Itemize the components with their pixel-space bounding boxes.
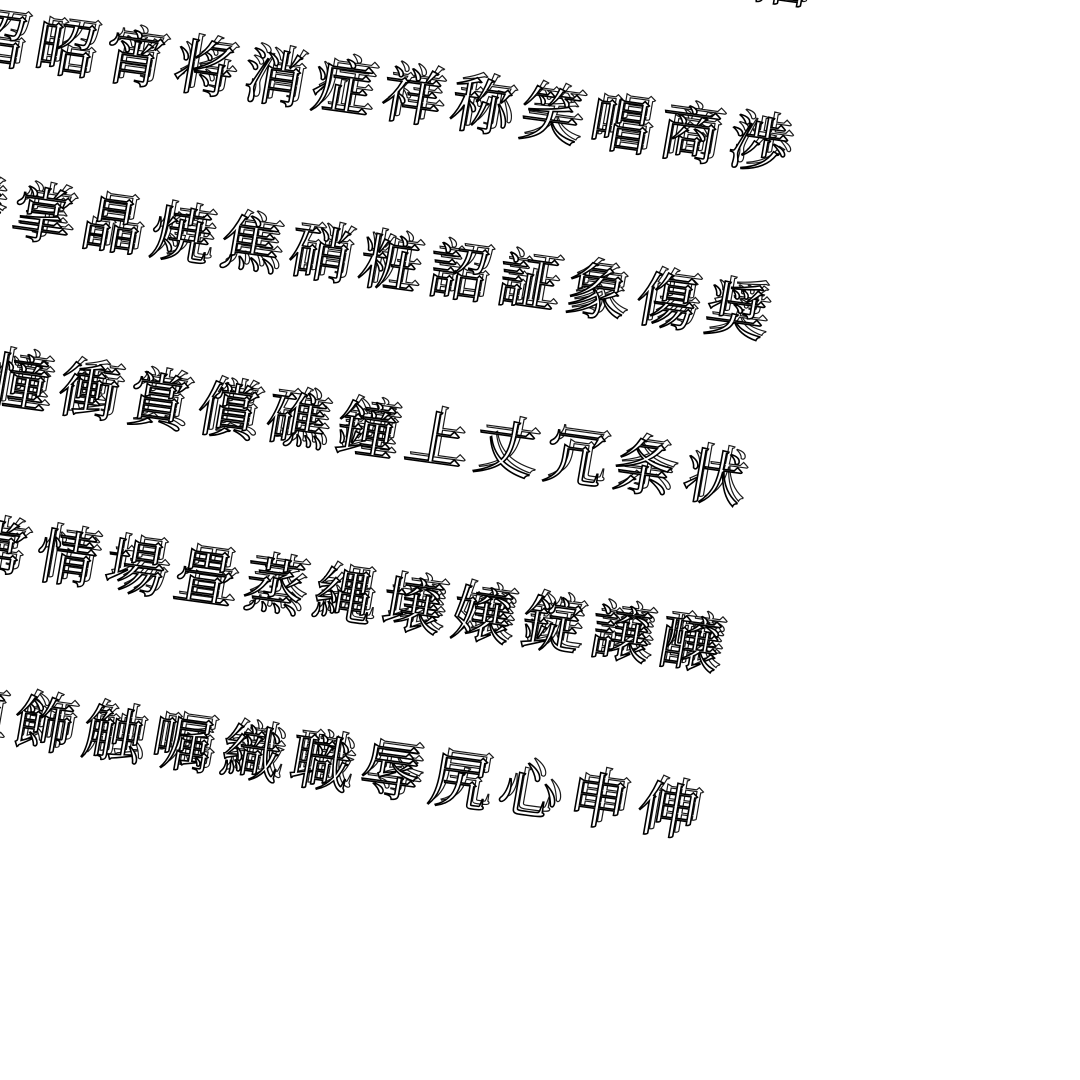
kanji-glyph: 錠 (510, 589, 591, 668)
kanji-glyph: 冗 (533, 423, 614, 502)
kanji-glyph: 心 (487, 756, 568, 835)
kanji-glyph: 唱 (579, 90, 660, 169)
kanji-glyph: 傷 (625, 266, 706, 345)
kanji-glyph: 晶 (70, 190, 151, 269)
kanji-glyph: 詔 (417, 238, 498, 317)
kanji-glyph: 賞 (117, 366, 198, 445)
kanji-glyph: 称 (440, 71, 521, 150)
kanji-glyph: 蒸 (233, 551, 314, 630)
kanji-glyph: 掌 (1, 181, 82, 260)
kanji-plane: 招沼昭宵将消症祥称笑唱商渉勝掌晶焼焦硝粧詔証象傷奨障憧衝賞償礁鐘上丈冗条状剰常情… (0, 0, 880, 959)
kanji-glyph: 祥 (371, 62, 452, 141)
kanji-glyph: 消 (232, 43, 313, 122)
kanji-glyph: 衝 (48, 357, 129, 436)
kanji-glyph: 条 (602, 433, 683, 512)
kanji-glyph: 情 (25, 523, 106, 602)
kanji-glyph: 症 (301, 52, 382, 131)
kanji-glyph: 笑 (509, 81, 590, 160)
kanji-glyph: 償 (186, 376, 267, 455)
kanji-glyph: 宵 (93, 24, 174, 103)
kanji-glyph: 硝 (278, 219, 359, 298)
kanji-glyph: 粧 (348, 228, 429, 307)
kanji-glyph: 渉 (717, 109, 798, 188)
kanji-glyph: 飾 (2, 689, 83, 768)
kanji-glyph: 申 (557, 765, 638, 844)
kanji-glyph: 触 (71, 699, 152, 778)
kanji-glyph: 将 (163, 33, 244, 112)
kanji-glyph: 畳 (163, 542, 244, 621)
kanji-glyph: 昭 (24, 14, 105, 93)
kanji-glyph: 辱 (349, 737, 430, 816)
kanji-glyph: 商 (648, 100, 729, 179)
kanji-glyph: 招 (740, 0, 821, 21)
kanji-glyph: 象 (556, 257, 637, 336)
kanji-glyph: 状 (672, 442, 753, 521)
kanji-glyph: 丈 (464, 414, 545, 493)
kanji-glyph: 証 (487, 247, 568, 326)
kanji-glyph: 伸 (626, 775, 707, 854)
kanji-glyph: 醸 (649, 608, 730, 687)
kanji-glyph: 縄 (302, 561, 383, 640)
kanji-glyph: 嘱 (141, 708, 222, 787)
kanji-glyph: 場 (94, 532, 175, 611)
kanji-glyph: 焼 (140, 200, 221, 279)
kanji-glyph: 礁 (256, 385, 337, 464)
kanji-glyph: 上 (394, 404, 475, 483)
kanji-glyph: 譲 (580, 599, 661, 678)
kanji-glyph: 壌 (372, 570, 453, 649)
kanji-glyph: 奨 (695, 276, 776, 355)
kanji-glyph: 嬢 (441, 580, 522, 659)
kanji-glyph: 織 (210, 718, 291, 797)
kanji-glyph: 焦 (209, 209, 290, 288)
kanji-glyph: 鐘 (325, 395, 406, 474)
kanji-glyph: 尻 (418, 746, 499, 825)
kanji-glyph: 職 (279, 727, 360, 806)
